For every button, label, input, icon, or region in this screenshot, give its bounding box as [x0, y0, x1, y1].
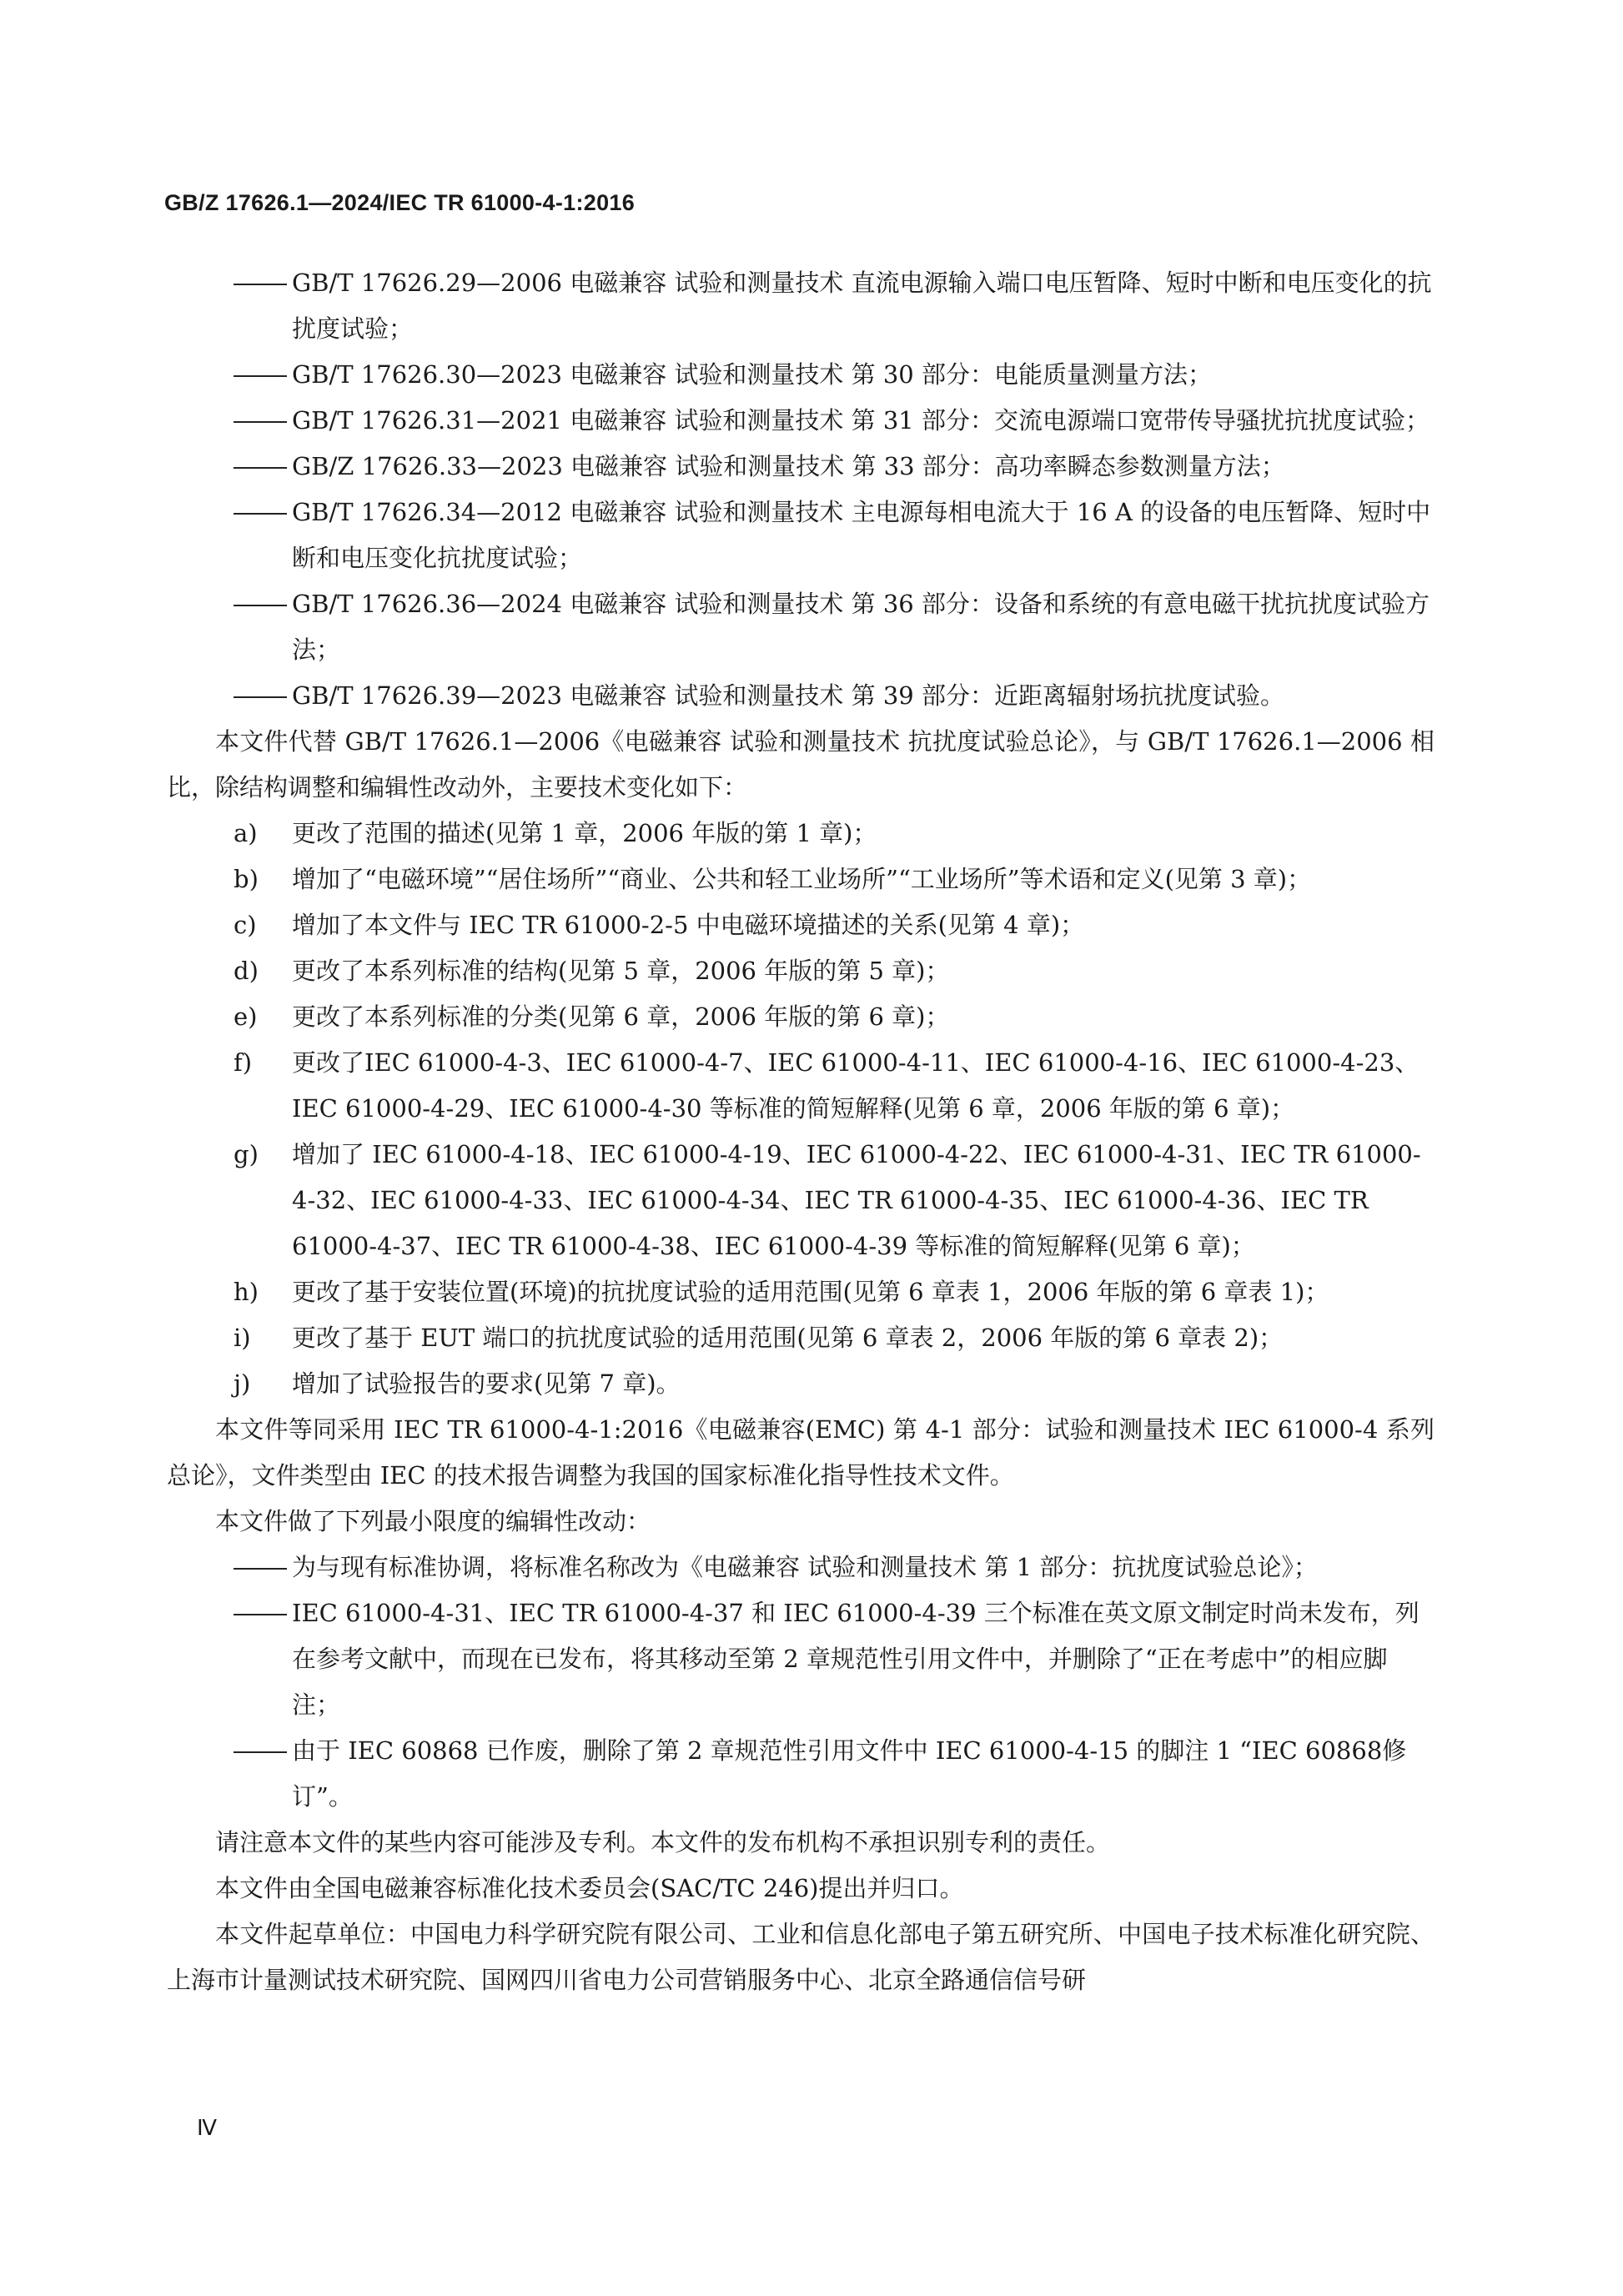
em-dash — [234, 1590, 292, 1636]
em-dash — [234, 1545, 292, 1590]
change-item-e: e)更改了本系列标准的分类(见第 6 章，2006 年版的第 6 章)； — [167, 994, 1435, 1040]
list-label: j) — [234, 1361, 250, 1407]
change-item-i: i)更改了基于 EUT 端口的抗扰度试验的适用范围(见第 6 章表 2，2006… — [167, 1315, 1435, 1361]
change-item-h: h)更改了基于安装位置(环境)的抗扰度试验的适用范围(见第 6 章表 1，200… — [167, 1269, 1435, 1315]
drafting-units-paragraph: 本文件起草单位：中国电力科学研究院有限公司、工业和信息化部电子第五研究所、中国电… — [167, 1912, 1435, 2003]
list-text: 增加了 IEC 61000-4-18、IEC 61000-4-19、IEC 61… — [292, 1140, 1421, 1260]
list-text: 更改了基于安装位置(环境)的抗扰度试验的适用范围(见第 6 章表 1，2006 … — [292, 1278, 1329, 1306]
list-text: 更改了范围的描述(见第 1 章，2006 年版的第 1 章)； — [292, 819, 877, 847]
adoption-paragraph: 本文件等同采用 IEC TR 61000-4-1:2016《电磁兼容(EMC) … — [167, 1407, 1435, 1499]
list-text: 更改了本系列标准的分类(见第 6 章，2006 年版的第 6 章)； — [292, 1002, 949, 1031]
list-text: 更改了基于 EUT 端口的抗扰度试验的适用范围(见第 6 章表 2，2006 年… — [292, 1324, 1283, 1352]
reference-item: GB/Z 17626.33—2023 电磁兼容 试验和测量技术 第 33 部分：… — [167, 444, 1435, 490]
standard-number-header: GB/Z 17626.1—2024/IEC TR 61000-4-1:2016 — [164, 190, 635, 216]
list-label: f) — [234, 1040, 252, 1086]
change-item-f: f)更改了IEC 61000-4-3、IEC 61000-4-7、IEC 610… — [167, 1040, 1435, 1132]
reference-text: GB/T 17626.36—2024 电磁兼容 试验和测量技术 第 36 部分：… — [292, 590, 1430, 664]
change-item-g: g)增加了 IEC 61000-4-18、IEC 61000-4-19、IEC … — [167, 1132, 1435, 1269]
document-body: GB/T 17626.29—2006 电磁兼容 试验和测量技术 直流电源输入端口… — [167, 260, 1435, 2003]
editorial-intro: 本文件做了下列最小限度的编辑性改动： — [167, 1499, 1435, 1545]
list-label: g) — [234, 1132, 259, 1178]
change-item-c: c)增加了本文件与 IEC TR 61000-2-5 中电磁环境描述的关系(见第… — [167, 902, 1435, 948]
em-dash — [234, 352, 292, 398]
list-text: 更改了本系列标准的结构(见第 5 章，2006 年版的第 5 章)； — [292, 957, 949, 985]
list-text: 增加了“电磁环境”“居住场所”“商业、公共和轻工业场所”“工业场所”等术语和定义… — [292, 865, 1311, 893]
list-label: c) — [234, 902, 257, 948]
list-text: 增加了试验报告的要求(见第 7 章)。 — [292, 1369, 681, 1398]
reference-text: GB/T 17626.30—2023 电磁兼容 试验和测量技术 第 30 部分：… — [292, 360, 1212, 389]
em-dash — [234, 1728, 292, 1774]
em-dash — [234, 444, 292, 490]
patent-notice: 请注意本文件的某些内容可能涉及专利。本文件的发布机构不承担识别专利的责任。 — [167, 1820, 1435, 1866]
em-dash — [234, 581, 292, 627]
replacement-paragraph: 本文件代替 GB/T 17626.1—2006《电磁兼容 试验和测量技术 抗扰度… — [167, 719, 1435, 811]
reference-item: GB/T 17626.36—2024 电磁兼容 试验和测量技术 第 36 部分：… — [167, 581, 1435, 673]
reference-item: GB/T 17626.34—2012 电磁兼容 试验和测量技术 主电源每相电流大… — [167, 490, 1435, 581]
change-item-b: b)增加了“电磁环境”“居住场所”“商业、公共和轻工业场所”“工业场所”等术语和… — [167, 857, 1435, 902]
editorial-change-item: 由于 IEC 60868 已作废，删除了第 2 章规范性引用文件中 IEC 61… — [167, 1728, 1435, 1820]
reference-text: GB/T 17626.34—2012 电磁兼容 试验和测量技术 主电源每相电流大… — [292, 498, 1430, 572]
reference-text: GB/T 17626.39—2023 电磁兼容 试验和测量技术 第 39 部分：… — [292, 681, 1284, 710]
em-dash — [234, 490, 292, 535]
list-label: b) — [234, 857, 259, 902]
editorial-change-item: IEC 61000-4-31、IEC TR 61000-4-37 和 IEC 6… — [167, 1590, 1435, 1728]
change-item-d: d)更改了本系列标准的结构(见第 5 章，2006 年版的第 5 章)； — [167, 948, 1435, 994]
list-label: a) — [234, 811, 258, 857]
list-text: 更改了IEC 61000-4-3、IEC 61000-4-7、IEC 61000… — [292, 1048, 1419, 1123]
list-label: i) — [234, 1315, 251, 1361]
list-label: h) — [234, 1269, 259, 1315]
proposer-paragraph: 本文件由全国电磁兼容标准化技术委员会(SAC/TC 246)提出并归口。 — [167, 1866, 1435, 1912]
list-label: d) — [234, 948, 259, 994]
editorial-change-text: 由于 IEC 60868 已作废，删除了第 2 章规范性引用文件中 IEC 61… — [292, 1736, 1406, 1811]
reference-item: GB/T 17626.31—2021 电磁兼容 试验和测量技术 第 31 部分：… — [167, 398, 1435, 444]
editorial-change-item: 为与现有标准协调，将标准名称改为《电磁兼容 试验和测量技术 第 1 部分：抗扰度… — [167, 1545, 1435, 1590]
em-dash — [234, 673, 292, 719]
list-label: e) — [234, 994, 257, 1040]
change-item-j: j)增加了试验报告的要求(见第 7 章)。 — [167, 1361, 1435, 1407]
editorial-change-text: IEC 61000-4-31、IEC TR 61000-4-37 和 IEC 6… — [292, 1599, 1419, 1719]
change-item-a: a)更改了范围的描述(见第 1 章，2006 年版的第 1 章)； — [167, 811, 1435, 857]
reference-item: GB/T 17626.30—2023 电磁兼容 试验和测量技术 第 30 部分：… — [167, 352, 1435, 398]
page-number: Ⅳ — [197, 2116, 217, 2141]
editorial-change-text: 为与现有标准协调，将标准名称改为《电磁兼容 试验和测量技术 第 1 部分：抗扰度… — [292, 1553, 1318, 1581]
em-dash — [234, 260, 292, 306]
reference-text: GB/T 17626.29—2006 电磁兼容 试验和测量技术 直流电源输入端口… — [292, 269, 1432, 343]
em-dash — [234, 398, 292, 444]
list-text: 增加了本文件与 IEC TR 61000-2-5 中电磁环境描述的关系(见第 4… — [292, 911, 1084, 939]
reference-text: GB/T 17626.31—2021 电磁兼容 试验和测量技术 第 31 部分：… — [292, 406, 1430, 435]
reference-item: GB/T 17626.39—2023 电磁兼容 试验和测量技术 第 39 部分：… — [167, 673, 1435, 719]
reference-item: GB/T 17626.29—2006 电磁兼容 试验和测量技术 直流电源输入端口… — [167, 260, 1435, 352]
reference-text: GB/Z 17626.33—2023 电磁兼容 试验和测量技术 第 33 部分：… — [292, 452, 1285, 480]
